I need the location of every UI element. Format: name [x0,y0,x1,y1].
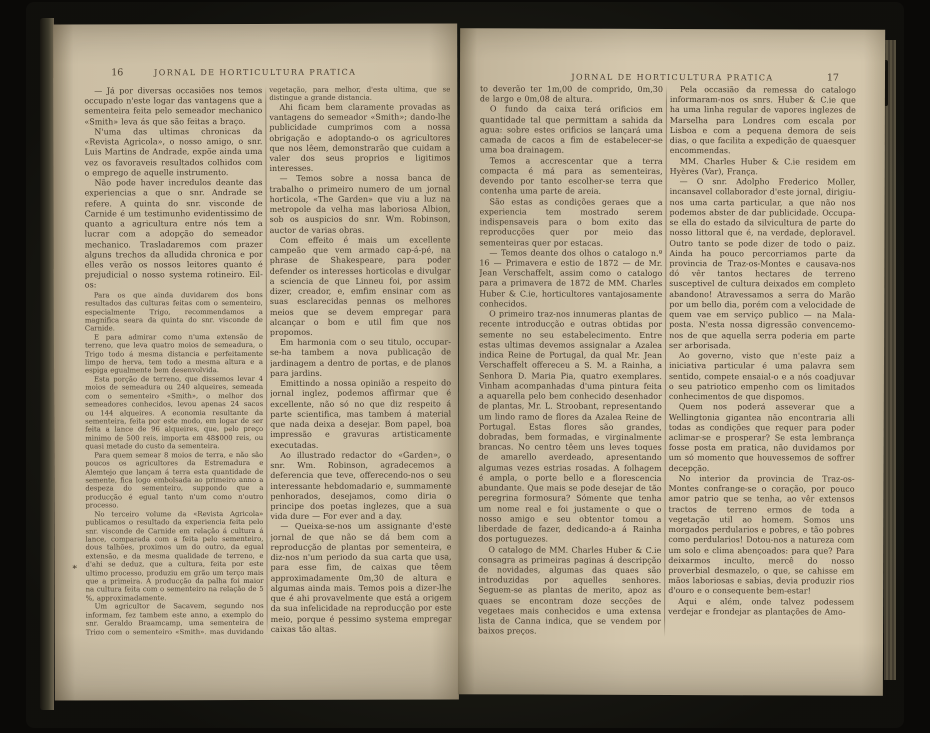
book-scan-photo: 16 JORNAL DE HORTICULTURA PRATICA * — Já… [0,0,930,733]
running-title: JORNAL DE HORTICULTURA PRATICA [154,68,356,78]
page-right: JORNAL DE HORTICULTURA PRATICA 17 to dev… [458,28,885,695]
page-header: 16 JORNAL DE HORTICULTURA PRATICA [53,67,457,82]
paragraph: Ao illustrado redactor do «Garden», o sn… [270,450,451,522]
paragraph: O catalogo de MM. Charles Huber & C.ie c… [478,545,661,637]
paragraph: to deverão ter 1m,00 de comprido, 0m,30 … [480,84,663,105]
paragraph: Quem nos poderá asseverar que a Wellingt… [669,402,855,474]
quoted-paragraph: Esta porção de terreno, que dissemos lev… [85,375,263,451]
paragraph: — Queixa-se-nos um assignante d'este jor… [270,522,451,634]
paragraph: Emittindo a nossa opinião a respeito do … [270,379,451,451]
text-columns: to deverão ter 1m,00 de comprido, 0m,30 … [478,84,856,637]
column-2: Pela occasião da remessa do catalogo inf… [668,85,856,638]
paragraph: N'uma das ultimas chronicas da «Revista … [84,127,262,179]
quoted-paragraph: No terceiro volume da «Revista Agricola»… [85,510,263,603]
paragraph: — Já por diversas occasiões nos temos oc… [84,86,262,127]
quoted-paragraph: Para os que ainda duvidarem dos bons res… [85,291,263,334]
quoted-paragraph: vegetação, para melhor, d'esta ultima, q… [269,85,450,102]
paragraph: — Temos deante dos olhos o catalogo n.º … [479,248,662,310]
paragraph: O fundo da caixa terá orificios em quant… [480,105,663,157]
margin-asterisk: * [73,564,78,574]
paragraph: Não pode haver incredulos deante das exp… [85,178,263,291]
paragraph: Ahi ficam bem claramente provadas as van… [269,102,450,174]
page-block-edge [884,40,896,680]
paragraph: Ao governo, visto que n'este paiz a inic… [669,351,855,403]
column-rule [664,85,667,637]
quoted-paragraph: Para quem semear 8 moios de terra, e não… [85,451,263,510]
paragraph: — Temos sobre a nossa banca de trabalho … [270,174,451,236]
paragraph: Pela occasião da remessa do catalogo inf… [670,85,856,157]
paragraph: São estas as condições geraes que a expe… [479,197,662,249]
column-1: to deverão ter 1m,00 de comprido, 0m,30 … [478,84,663,637]
paragraph: — O snr. Adolpho Frederico Moller, incan… [669,177,856,352]
column-rule [265,86,267,634]
quoted-paragraph: E para admirar como n'uma extensão de te… [85,333,263,376]
book-spine-edge [40,18,54,710]
running-title: JORNAL DE HORTICULTURA PRATICA [571,73,773,83]
paragraph: O primeiro traz-nos innumeras plantas de… [478,309,662,545]
page-number: 16 [111,67,123,78]
paragraph: Aqui e além, onde talvez podessem verdej… [668,597,854,618]
page-left: 16 JORNAL DE HORTICULTURA PRATICA * — Já… [53,23,459,700]
paragraph: Em harmonia com o seu titulo, occupar-se… [270,338,451,379]
paragraph: MM. Charles Huber & C.ie residem em Hyèr… [670,157,856,178]
column-2: vegetação, para melhor, d'esta ultima, q… [269,85,451,633]
column-1: — Já por diversas occasiões nos temos oc… [84,86,263,634]
page-number: 17 [827,73,839,84]
paragraph: Com effeito é mais um excellente campeão… [270,235,451,338]
quoted-paragraph: Um agricultor de Sacavem, segundo nos in… [86,602,264,634]
paragraph: Temos a accrescentar que a terra compact… [480,156,663,198]
paragraph: No interior da provincia de Traz-os-Mont… [668,474,854,597]
text-columns: — Já por diversas occasiões nos temos oc… [84,85,451,634]
